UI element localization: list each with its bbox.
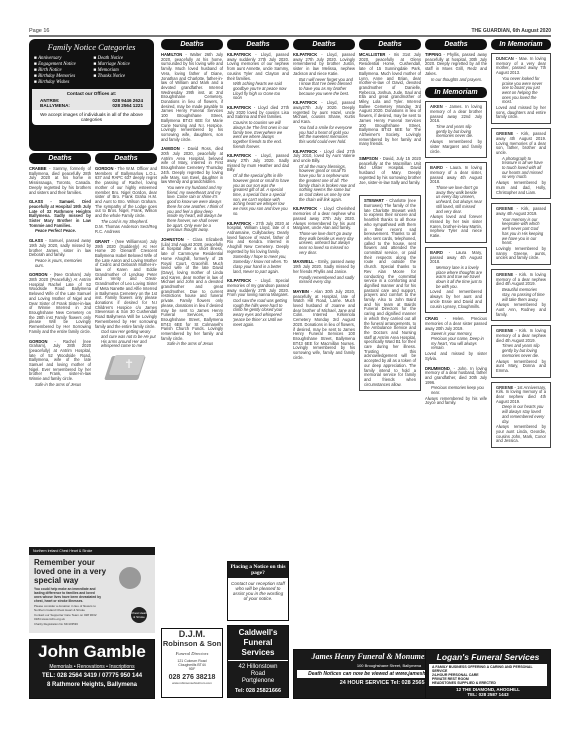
page-number: Page 16 <box>29 28 50 34</box>
category-item: Birth Notice <box>34 68 92 73</box>
deaths-banner: Deaths <box>29 153 91 164</box>
notice: KILPATRICK - 27th July 2020 at hospital,… <box>227 222 289 275</box>
memoriam-notice: DUNCAN - Mae. In loving memory of a very… <box>491 53 551 124</box>
ad-body: You could help make an immediate and las… <box>29 587 107 603</box>
notice: MAXWELL - Emily, passed away 19th July 2… <box>293 260 355 285</box>
in-memoriam-banner: In Memoriam <box>491 39 551 50</box>
deaths-banner: Deaths <box>161 39 223 50</box>
category-item: Birthday Wishes <box>34 80 92 85</box>
deaths-banner: Deaths <box>359 39 421 50</box>
deaths-banner: Deaths <box>425 39 487 50</box>
notice: KILPATRICK - Lloyd, passed away suddenly… <box>227 53 289 101</box>
accept-images-note: We accept images of individuals in all o… <box>32 110 151 125</box>
deaths-banner: Deaths <box>95 153 157 164</box>
contact-heading: Contact our Offices at: <box>40 91 143 96</box>
robinson-name-1: D.J.M. <box>162 629 222 639</box>
deaths-banner: Deaths <box>293 39 355 50</box>
caldwell-name: Caldwell's Funeral Services <box>228 626 288 661</box>
notice: KILPATRICK - Lloyd died 27th July 2010, … <box>293 150 355 203</box>
memoriam-notice: GREENE - Kirk. In loving memory of a dea… <box>491 269 551 321</box>
contact-offices: Contact our Offices at: ANTRIM:028 9446 … <box>32 89 151 110</box>
notice: KILPATRICK - Lloyd, passed away 27th Jul… <box>293 53 355 96</box>
heart-flower-icon <box>119 567 141 589</box>
notice: JAMISON - David Ross, died 20th July 202… <box>161 147 223 233</box>
deaths-column-7: Deaths TIPPING - Phyllis, passed away pe… <box>425 39 487 411</box>
family-notice-categories: Family Notice Categories Anniversary Dea… <box>29 39 154 151</box>
office-name: BALLYMENA: <box>40 103 70 108</box>
notice: GLASS - Samuel, passed away 19th July 20… <box>29 239 91 268</box>
memoriam-notice: GREENE - Kirk. In loving memory of a dea… <box>491 325 551 377</box>
memoriam-column-8: In Memoriam DUNCAN - Mae. In loving memo… <box>491 39 551 452</box>
category-item: Marriage Notice <box>94 62 152 67</box>
office-row: BALLYMENA:028 2564 1221 <box>40 103 143 108</box>
caldwell-address: 42 Hillonstown Road Portglenone <box>228 661 288 688</box>
chest-badge-icon: Chest Heart & Stroke <box>131 607 147 623</box>
notice: CRABBE - Sammy, formerly of Ballymena, d… <box>29 167 91 195</box>
robinson-address: 121 Culcrum Road Cloughmills BT44 9DF <box>162 659 222 671</box>
notice: KILPATRICK - Lloyd. Special memories of … <box>227 279 289 327</box>
gamble-services: Memorials • Renovations • Inscriptions <box>30 664 154 670</box>
notice: SIMPSON - David, July 15 2020 peacefully… <box>359 157 421 185</box>
ad-headline: Remember your loved one in a very specia… <box>29 555 119 587</box>
robinson-tel: 028 276 38218 <box>162 674 222 681</box>
publication-date: THE GUARDIAN, 6th August 2020 <box>471 28 551 34</box>
ad-org: Northern Ireland Chest Heart & Stroke <box>29 547 155 555</box>
notice: KILPATRICK - Lloyd, passed away 27th Jul… <box>227 154 289 216</box>
category-item: Anniversary <box>34 56 92 61</box>
memoriam-notice: GREENE - Kirk, passed away 4th August 20… <box>491 203 551 265</box>
placing-notice-title: Placing a Notice on this page? <box>228 562 288 578</box>
deaths-column-1: Deaths CRABBE - Sammy, formerly of Bally… <box>29 153 91 393</box>
deaths-banner: Deaths <box>227 39 289 50</box>
deaths-column-2: Deaths GORDON - The W.M. Officer and Mem… <box>95 153 157 386</box>
office-phone: 028 2564 1221 <box>112 103 143 108</box>
notice: KILPATRICK - Lloyd, passed away27th July… <box>293 101 355 144</box>
in-memoriam-banner: In Memoriam <box>425 87 487 98</box>
placing-notice-body: Contact our reception staff who will be … <box>228 578 288 604</box>
logans-bullet: HEADSTONES SUPPLIED & ERECTED <box>432 681 544 685</box>
robinson-ad: D.J.M. Robinson & Son Funeral Directors … <box>161 628 223 698</box>
logans-bullets: A FAMILY BUSINESS OFFERING A CARING AND … <box>429 664 547 686</box>
logans-bullet: A FAMILY BUSINESS OFFERING A CARING AND … <box>432 665 544 673</box>
robinson-web: www.robinsonsofculcrum.com <box>162 681 222 685</box>
notice: KILPATRICK - Lloyd Cherished memories of… <box>293 207 355 255</box>
category-item: Birthday Memories <box>34 74 92 79</box>
notice: GORDON - The W.M. Officer and Members of… <box>95 167 157 235</box>
memoriam-notice: GREENE - 1st Anniversary, Kirk. In lovin… <box>491 382 551 448</box>
notice: MAYBIN - Alan 30th July 2020, peacefully… <box>293 290 355 361</box>
robinson-name-2: Robinson & Son <box>162 639 222 648</box>
gamble-tel: TEL: 028 2564 3419 / 07775 950 144 <box>30 673 154 679</box>
memoriam-notice: AIKEN - James. In loving memory of a dea… <box>425 101 487 158</box>
bible-icon: ✝ <box>106 354 146 382</box>
memoriam-notice: GREENE - Kirk, passed away 4th August 20… <box>491 128 551 199</box>
deaths-column-5: Deaths KILPATRICK - Lloyd, passed away 2… <box>293 39 355 365</box>
gamble-address: 8 Rathmore Heights, Ballymena <box>30 682 154 688</box>
notice: TIPPING - Phyllis, passed away peacefull… <box>425 53 487 82</box>
caldwell-ad: Caldwell's Funeral Services 42 Hillonsto… <box>227 625 289 698</box>
category-item: Death Notice <box>94 56 152 61</box>
logans-tel: TEL: 028 2587 1443 <box>426 692 550 697</box>
gamble-name: John Gamble <box>30 642 154 662</box>
notice: KILPATRICK - Lloyd died 27th July 2020 l… <box>227 106 289 149</box>
placing-notice-box: Placing a Notice on this page? Contact o… <box>227 561 289 621</box>
notice: GLASS - Samuel. Died peacefully at Hospi… <box>29 200 91 234</box>
robinson-sub: Funeral Directors <box>162 651 222 656</box>
john-gamble-ad: John Gamble Memorials • Renovations • In… <box>29 639 155 699</box>
categories-title: Family Notice Categories <box>32 42 151 52</box>
memoriam-notice: BAIRD - Laura. In loving memory of a dea… <box>425 162 487 243</box>
caldwell-tel: Tel: 028 25821666 <box>228 688 288 694</box>
memoriam-notice: BAIRD - Laura Mary, passed away 4th Augu… <box>425 247 487 313</box>
logans-name: Logan's Funeral Services <box>426 650 550 664</box>
deaths-column-3: Deaths HAMILTON - Walter 26th July 2020,… <box>161 39 223 352</box>
category-item: Memoriam <box>94 68 152 73</box>
notice: JOHNSTON - Clara Elizabeth (Lila) 2nd Au… <box>161 238 223 347</box>
header-rule <box>29 35 551 37</box>
notice: HAMILTON - Walter 26th July 2020, peacef… <box>161 53 223 142</box>
category-item: Thanks Notice <box>94 74 152 79</box>
deaths-column-6: Deaths MCALLISTER - Iris 31st July 2020,… <box>359 39 421 395</box>
memoriam-notice: DRUMMOND, - John. In loving memory of a … <box>425 367 487 407</box>
logans-ad: Logan's Funeral Services A FAMILY BUSINE… <box>425 649 551 699</box>
deaths-column-4: Deaths KILPATRICK - Lloyd, passed away s… <box>227 39 289 332</box>
notice-thanks: STEWART - Charlotte (nee Burrowes) The f… <box>359 195 421 391</box>
notice: GRANT - (Nee Williamson) July 29th 2020 … <box>95 240 157 349</box>
notice: GORDON - Rachel (nee Graham), July 28th … <box>29 340 91 388</box>
categories-list: Anniversary Death Notice Engagement Noti… <box>32 56 151 85</box>
category-item: Engagement Notice <box>34 62 92 67</box>
notice: GORDON - (Nee Graham) July 28th 2020 (Pe… <box>29 273 91 334</box>
memoriam-notice: CRAIG - Helen. Precious memories of a de… <box>425 317 487 361</box>
chest-heart-stroke-ad: Northern Ireland Chest Heart & Stroke Re… <box>29 547 155 633</box>
ad-small-2: Contact our Supporter Care Team on 028 9… <box>29 614 107 621</box>
notice: MCALLISTER - Iris 31st July 2020, peacef… <box>359 53 421 147</box>
